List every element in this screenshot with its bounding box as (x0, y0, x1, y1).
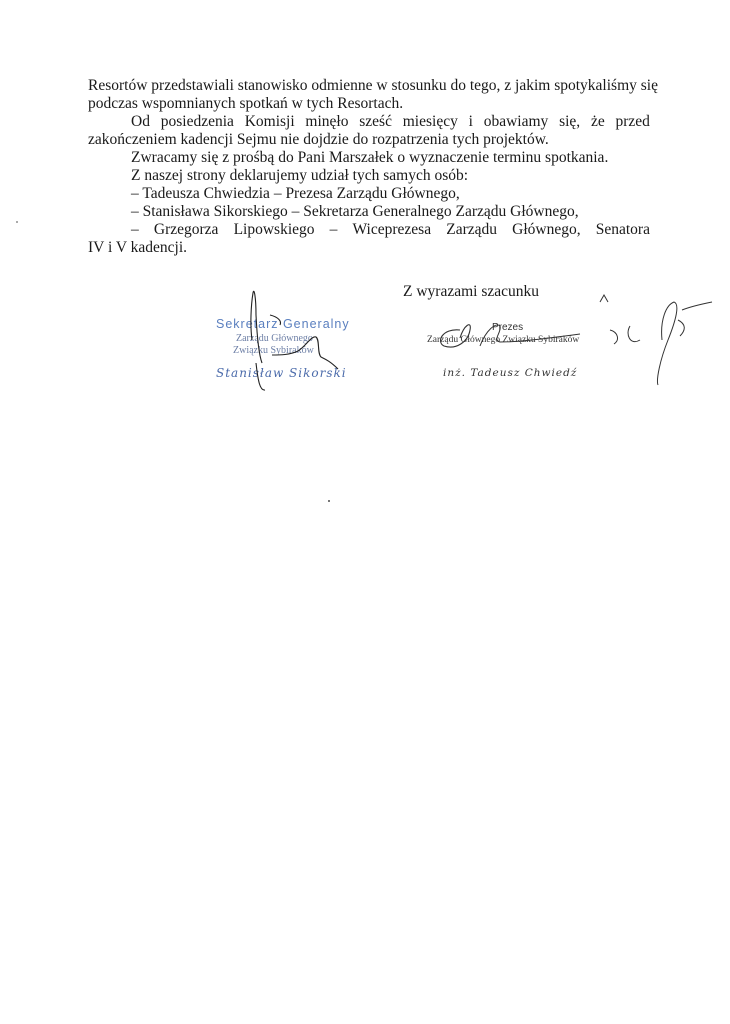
body-line-9: – Grzegorza Lipowskiego – Wiceprezesa Za… (131, 221, 650, 239)
word: Komisji (245, 113, 295, 131)
body-line-4: zakończeniem kadencji Sejmu nie dojdzie … (88, 131, 549, 149)
word: że (591, 113, 605, 131)
signature-sikorski (220, 285, 350, 395)
body-line-3: Od posiedzenia Komisji minęło sześć mies… (131, 113, 650, 131)
scan-speck (16, 221, 18, 223)
word: posiedzenia (161, 113, 234, 131)
word: Grzegorza (154, 221, 219, 239)
body-line-5: Zwracamy się z prośbą do Pani Marszałek … (131, 149, 608, 167)
body-line-6: Z naszej strony deklarujemy udział tych … (131, 167, 468, 185)
word: – (330, 221, 338, 239)
word: sześć (359, 113, 392, 131)
word: się, (559, 113, 580, 131)
body-line-2: podczas wspomnianych spotkań w tych Reso… (88, 95, 403, 113)
body-line-8: – Stanisława Sikorskiego – Sekretarza Ge… (131, 203, 579, 221)
word: obawiamy (484, 113, 549, 131)
scan-speck (328, 500, 330, 502)
word: Głównego, (512, 221, 580, 239)
word: – (131, 221, 139, 239)
word: Zarządu (446, 221, 497, 239)
word: Wiceprezesa (353, 221, 432, 239)
word: minęło (305, 113, 348, 131)
document-page: Resortów przedstawiali stanowisko odmien… (0, 0, 730, 1024)
body-line-7: – Tadeusza Chwiedzia – Prezesa Zarządu G… (131, 185, 460, 203)
word: przed (616, 113, 650, 131)
body-line-1: Resortów przedstawiali stanowisko odmien… (88, 77, 658, 95)
word: Od (131, 113, 150, 131)
body-line-10: IV i V kadencji. (88, 239, 187, 257)
signature-chwiedz (430, 290, 710, 400)
word: Senatora (596, 221, 650, 239)
word: Lipowskiego (234, 221, 315, 239)
word: miesięcy (403, 113, 458, 131)
word: i (469, 113, 473, 131)
